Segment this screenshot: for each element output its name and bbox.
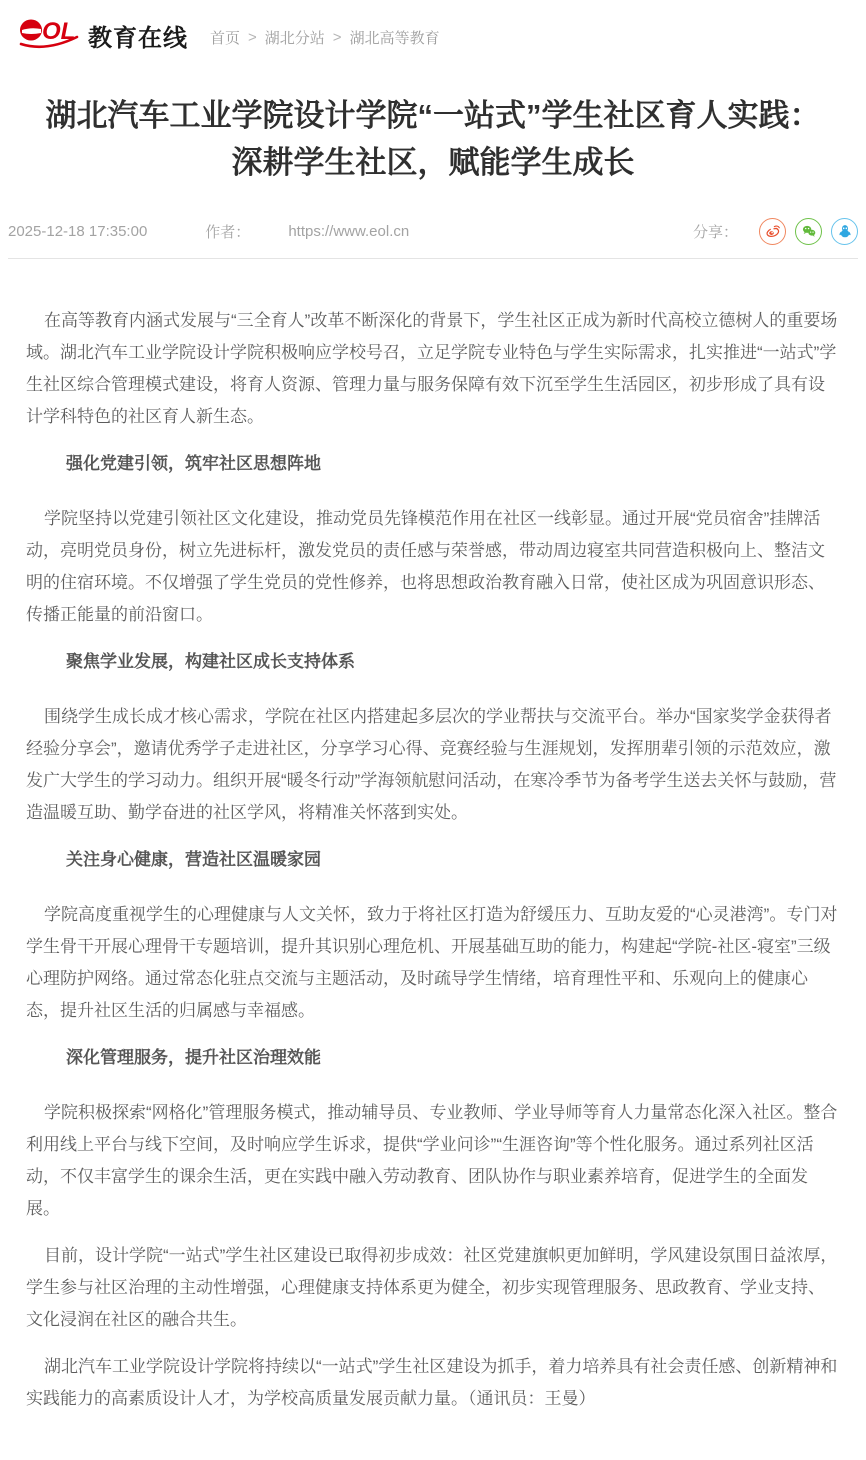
article-body: 在高等教育内涵式发展与“三全育人”改革不断深化的背景下，学生社区正成为新时代高校… bbox=[0, 259, 866, 1415]
eol-logo-icon: OL bbox=[18, 12, 80, 59]
author-label: 作者： bbox=[205, 221, 250, 242]
article-paragraph: 在高等教育内涵式发展与“三全育人”改革不断深化的背景下，学生社区正成为新时代高校… bbox=[26, 305, 840, 433]
article-title-line2: 深耕学生社区，赋能学生成长 bbox=[10, 139, 856, 186]
breadcrumb-item-1[interactable]: 首页 bbox=[210, 27, 240, 48]
article-title-line1: 湖北汽车工业学院设计学院“一站式”学生社区育人实践： bbox=[10, 92, 856, 139]
breadcrumb-item-2[interactable]: 湖北分站 bbox=[265, 27, 325, 48]
article-paragraph: 学院坚持以党建引领社区文化建设，推动党员先锋模范作用在社区一线彰显。通过开展“党… bbox=[26, 503, 840, 631]
section-heading: 聚焦学业发展，构建社区成长支持体系 bbox=[26, 646, 840, 678]
article-meta-row: 2025-12-18 17:35:00 作者： https://www.eol.… bbox=[8, 216, 858, 246]
page: OL 教育在线 首页>湖北分站>湖北高等教育 湖北汽车工业学院设计学院“一站式”… bbox=[0, 0, 866, 1460]
breadcrumb: 首页>湖北分站>湖北高等教育 bbox=[210, 23, 440, 48]
article-paragraph: 湖北汽车工业学院设计学院将持续以“一站式”学生社区建设为抓手，着力培养具有社会责… bbox=[26, 1351, 840, 1415]
site-logo[interactable]: OL 教育在线 bbox=[18, 12, 188, 59]
breadcrumb-separator: > bbox=[248, 29, 257, 46]
qq-share-icon[interactable] bbox=[831, 218, 858, 245]
article-paragraph: 目前，设计学院“一站式”学生社区建设已取得初步成效：社区党建旗帜更加鲜明，学风建… bbox=[26, 1240, 840, 1336]
publish-date: 2025-12-18 17:35:00 bbox=[8, 223, 147, 240]
article-paragraph: 学院积极探索“网格化”管理服务模式，推动辅导员、专业教师、学业导师等育人力量常态… bbox=[26, 1097, 840, 1225]
share-label: 分享： bbox=[693, 221, 738, 242]
weibo-share-icon[interactable] bbox=[759, 218, 786, 245]
article-paragraph: 围绕学生成长成才核心需求，学院在社区内搭建起多层次的学业帮扶与交流平台。举办“国… bbox=[26, 701, 840, 829]
article-paragraph: 学院高度重视学生的心理健康与人文关怀，致力于将社区打造为舒缓压力、互助友爱的“心… bbox=[26, 899, 840, 1027]
breadcrumb-item-3: 湖北高等教育 bbox=[350, 27, 440, 48]
site-name: 教育在线 bbox=[88, 18, 188, 53]
section-heading: 深化管理服务，提升社区治理效能 bbox=[26, 1042, 840, 1074]
section-heading: 强化党建引领，筑牢社区思想阵地 bbox=[26, 448, 840, 480]
share-bar: 分享： bbox=[693, 218, 858, 245]
breadcrumb-separator: > bbox=[333, 29, 342, 46]
wechat-share-icon[interactable] bbox=[795, 218, 822, 245]
section-heading: 关注身心健康，营造社区温暖家园 bbox=[26, 844, 840, 876]
source-url-link[interactable]: https://www.eol.cn bbox=[288, 223, 409, 240]
site-header: OL 教育在线 首页>湖北分站>湖北高等教育 bbox=[0, 0, 866, 68]
article-title: 湖北汽车工业学院设计学院“一站式”学生社区育人实践： 深耕学生社区，赋能学生成长 bbox=[10, 92, 856, 186]
